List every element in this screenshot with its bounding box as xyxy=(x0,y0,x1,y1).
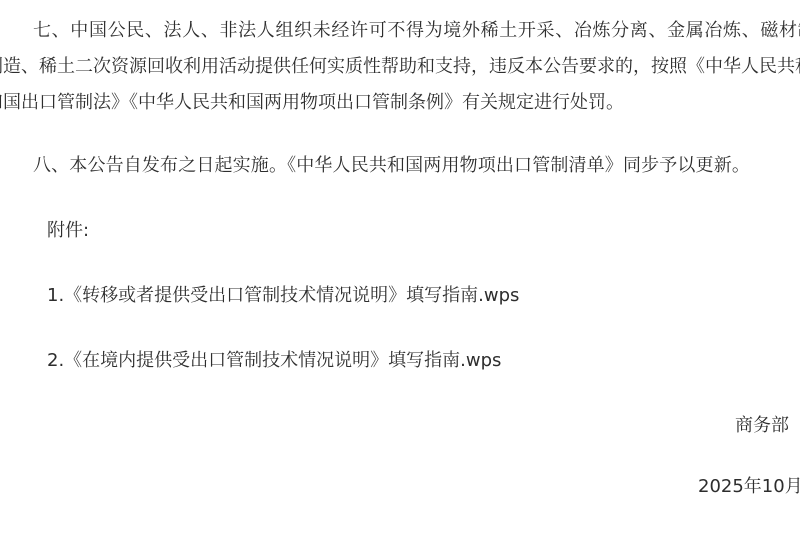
attachments-label: 附件: xyxy=(47,218,89,243)
paragraph-8: 八、本公告自发布之日起实施。《中华人民共和国两用物项出口管制清单》同步予以更新。 xyxy=(33,153,750,178)
attachment-link-1[interactable]: 1.《转移或者提供受出口管制技术情况说明》填写指南.wps xyxy=(47,283,519,308)
paragraph-7-line-2: 制造、稀土二次资源回收利用活动提供任何实质性帮助和支持，违反本公告要求的，按照《… xyxy=(0,54,800,79)
document-page: 七、中国公民、法人、非法人组织未经许可不得为境外稀土开采、冶炼分离、金属冶炼、磁… xyxy=(0,0,800,534)
paragraph-7-line-1: 七、中国公民、法人、非法人组织未经许可不得为境外稀土开采、冶炼分离、金属冶炼、磁… xyxy=(33,18,800,43)
publish-date: 2025年10月9日 xyxy=(698,474,800,499)
attachment-link-2[interactable]: 2.《在境内提供受出口管制技术情况说明》填写指南.wps xyxy=(47,348,501,373)
signature-ministry: 商务部 xyxy=(735,413,789,438)
paragraph-7-line-3: 和国出口管制法》《中华人民共和国两用物项出口管制条例》有关规定进行处罚。 xyxy=(0,90,624,115)
